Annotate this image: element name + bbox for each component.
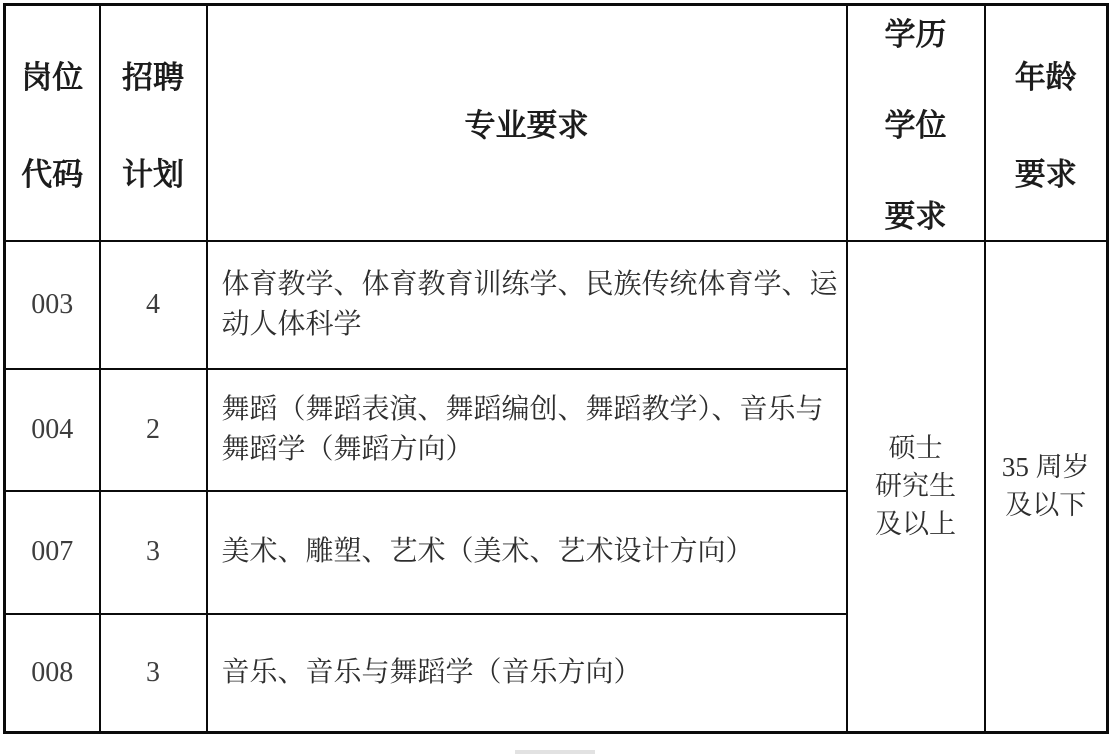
recruit-count-cell: 2 (100, 369, 207, 491)
age-requirement-cell: 35 周岁 及以下 (985, 241, 1108, 733)
header-education: 学历 学位 要求 (847, 5, 985, 241)
position-code-cell: 004 (5, 369, 100, 491)
document-page: 岗位 代码 招聘 计划 专业要求 学历 学位 (0, 0, 1114, 754)
age-requirement-line2: 及以下 (986, 486, 1107, 524)
education-requirement-line1: 硕士 (848, 429, 984, 467)
education-requirement-line3: 及以上 (848, 505, 984, 543)
header-position-code-stack: 岗位 代码 (6, 52, 99, 194)
recruitment-table: 岗位 代码 招聘 计划 专业要求 学历 学位 (3, 3, 1109, 734)
major-requirement-cell: 美术、雕塑、艺术（美术、艺术设计方向） (207, 491, 847, 614)
header-row: 岗位 代码 招聘 计划 专业要求 学历 学位 (5, 5, 1108, 241)
header-recruit-plan-line1: 招聘 (122, 52, 184, 97)
header-recruit-plan: 招聘 计划 (100, 5, 207, 241)
education-requirement-line2: 研究生 (848, 467, 984, 505)
position-code-cell: 008 (5, 614, 100, 733)
age-requirement-line1: 35 周岁 (986, 448, 1107, 486)
header-education-line3: 要求 (885, 191, 947, 236)
table-row: 003 4 体育教学、体育教育训练学、民族传统体育学、运动人体科学 硕士 研究生… (5, 241, 1108, 369)
header-age-line1: 年龄 (1015, 52, 1077, 97)
header-age: 年龄 要求 (985, 5, 1108, 241)
position-code-cell: 007 (5, 491, 100, 614)
header-recruit-plan-stack: 招聘 计划 (101, 52, 206, 194)
header-position-code-line2: 代码 (21, 149, 83, 194)
recruit-count-cell: 3 (100, 491, 207, 614)
major-requirement-cell: 音乐、音乐与舞蹈学（音乐方向） (207, 614, 847, 733)
header-age-line2: 要求 (1015, 149, 1077, 194)
recruit-count-cell: 4 (100, 241, 207, 369)
header-position-code-line1: 岗位 (21, 52, 83, 97)
header-recruit-plan-line2: 计划 (122, 149, 184, 194)
header-age-stack: 年龄 要求 (986, 52, 1107, 194)
header-education-stack: 学历 学位 要求 (848, 9, 984, 236)
header-major: 专业要求 (207, 5, 847, 241)
header-major-label: 专业要求 (465, 108, 589, 143)
header-education-line1: 学历 (885, 9, 947, 54)
header-position-code: 岗位 代码 (5, 5, 100, 241)
header-education-line2: 学位 (885, 100, 947, 145)
position-code-cell: 003 (5, 241, 100, 369)
education-requirement-cell: 硕士 研究生 及以上 (847, 241, 985, 733)
recruit-count-cell: 3 (100, 614, 207, 733)
major-requirement-cell: 体育教学、体育教育训练学、民族传统体育学、运动人体科学 (207, 241, 847, 369)
cutoff-watermark-artifact (515, 750, 595, 754)
major-requirement-cell: 舞蹈（舞蹈表演、舞蹈编创、舞蹈教学）、音乐与舞蹈学（舞蹈方向） (207, 369, 847, 491)
